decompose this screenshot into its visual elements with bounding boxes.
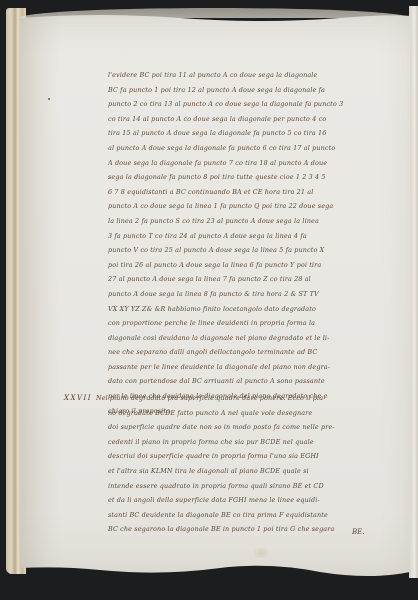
text-line: con proportione perche le linee deuident… <box>108 316 408 331</box>
text-line: la linea 2 fa puncto S co tira 23 al pun… <box>108 214 408 229</box>
text-line: poi tira 26 al puncto A doue sega la lin… <box>108 258 408 273</box>
text-line: cedenti il piano in propria forma che si… <box>96 435 408 450</box>
text-line: diagonale cosi deuidano la diagonale nel… <box>108 331 408 346</box>
main-text-block: l'evidere BC poi tira 11 al puncto A co … <box>108 68 408 418</box>
text-line: sega la diagonale fa puncto 8 poi tira t… <box>108 170 408 185</box>
text-line: puncto A co doue sega la linea 1 fa punc… <box>108 199 408 214</box>
text-line: l'evidere BC poi tira 11 al puncto A co … <box>108 68 408 83</box>
facing-page-edge <box>409 6 418 578</box>
text-line: et da li angoli della superficie data FG… <box>96 493 408 508</box>
text-line: al puncto A doue sega la diagonale fa pu… <box>108 141 408 156</box>
text-line: A doue sega la diagonale fa puncto 7 co … <box>108 156 408 171</box>
margin-dot-mark <box>48 98 50 100</box>
text-line: no degradato BCDE fatto puncto A nel qua… <box>96 406 408 421</box>
text-line: 6 7 8 equidistanti a BC continuando BA e… <box>108 185 408 200</box>
text-line: dato con partendose dal BC arriuanti al … <box>108 374 408 389</box>
text-line: nee che separano dalli angoli delloctang… <box>108 345 408 360</box>
manuscript-scan: l'evidere BC poi tira 11 al puncto A co … <box>0 0 418 600</box>
section-numeral: XXVII <box>64 391 92 406</box>
text-line: Nel piano degradato piu superficie quadr… <box>96 391 408 406</box>
text-line: 3 fa puncto T co tira 24 al puncto A dou… <box>108 229 408 244</box>
text-line: descriui doi superficie quadre in propri… <box>96 449 408 464</box>
text-line: puncto V co tira 25 al puncto A doue seg… <box>108 243 408 258</box>
text-line: stanti BC deuidente la diagonale BE co t… <box>96 508 408 523</box>
text-line: BC fa puncto 1 poi tira 12 al puncto A d… <box>108 83 408 98</box>
text-line: puncto A doue sega la linea 8 fa puncto … <box>108 287 408 302</box>
catchword: BE. <box>352 528 364 536</box>
text-line: puncto 2 co tira 13 al puncto A co doue … <box>108 97 408 112</box>
text-line: et l'altra sia KLMN tira le diagonali al… <box>96 464 408 479</box>
text-line: intende essere quadrato in propria forma… <box>96 479 408 494</box>
text-line: VX XY YZ Z& &R habbiamo finito locetango… <box>108 302 408 317</box>
text-line: 27 al puncto A doue sega la linea 7 fa p… <box>108 272 408 287</box>
text-line: passante per le linee deuidente la diago… <box>108 360 408 375</box>
text-line: doi superficie quadre date non so in mod… <box>96 420 408 435</box>
text-line: tira 15 al puncto A doue sega la diagona… <box>108 126 408 141</box>
paper-stain <box>254 548 268 558</box>
section-xxvii-text: Nel piano degradato piu superficie quadr… <box>96 391 408 537</box>
text-line: co tira 14 al puncto A co doue sega la d… <box>108 112 408 127</box>
